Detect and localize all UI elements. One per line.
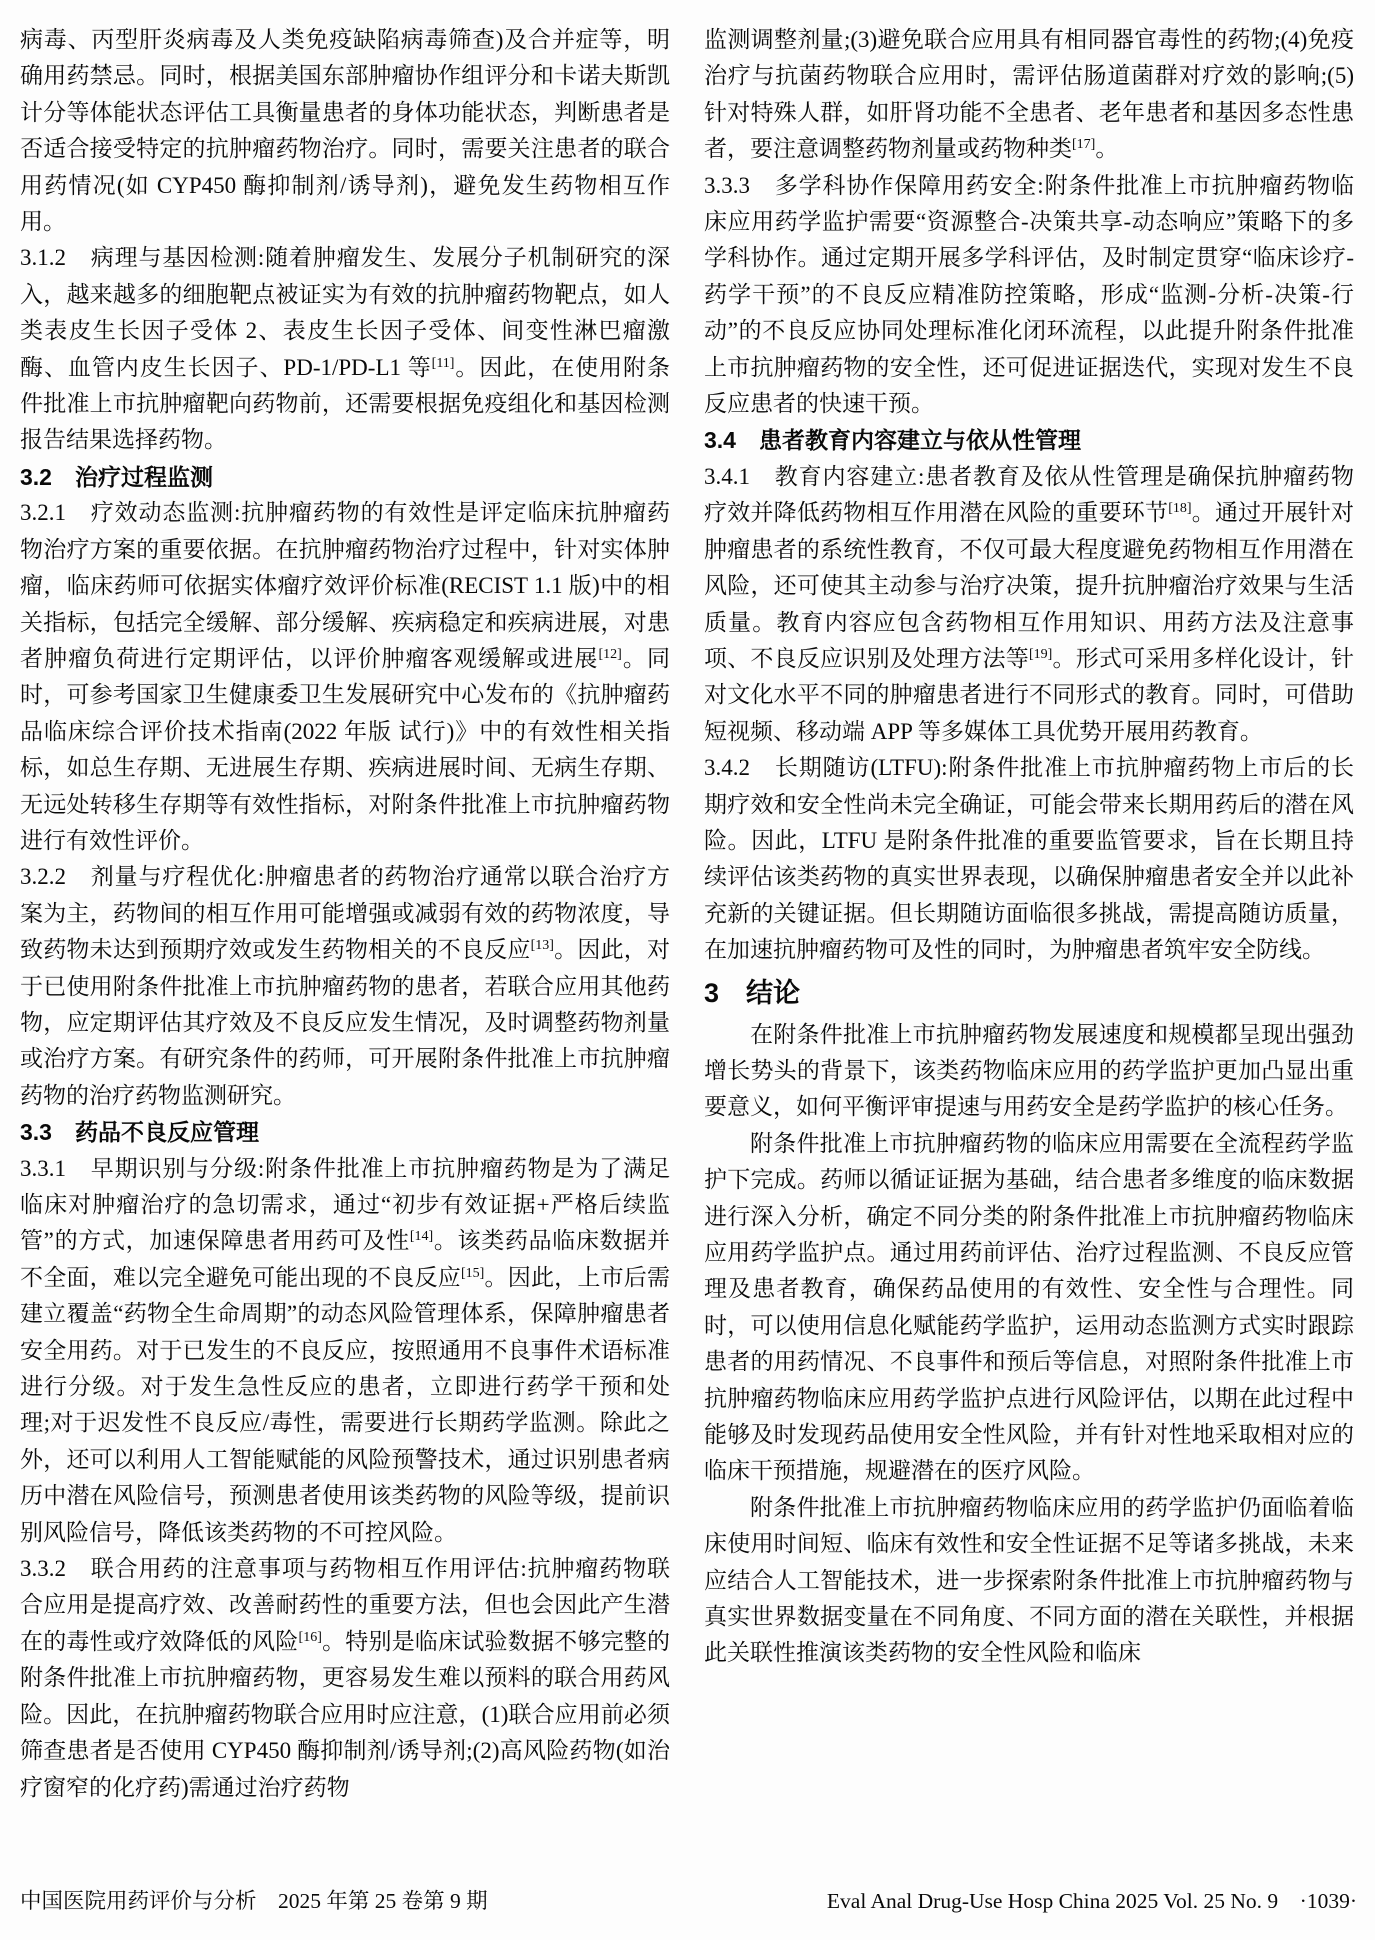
right-column: 监测调整剂量;(3)避免联合应用具有相同器官毒性的药物;(4)免疫治疗与抗菌药物… (704, 22, 1354, 1862)
two-column-layout: 病毒、丙型肝炎病毒及人类免疫缺陷病毒筛查)及合并症等，明确用药禁忌。同时，根据美… (20, 22, 1357, 1862)
paragraph: 在附条件批准上市抗肿瘤药物发展速度和规模都呈现出强劲增长势头的背景下，该类药物临… (704, 1017, 1354, 1126)
footer-journal-name-en-page-number: Eval Anal Drug-Use Hosp China 2025 Vol. … (827, 1888, 1357, 1914)
paragraph: 3.4.2 长期随访(LTFU):附条件批准上市抗肿瘤药物上市后的长期疗效和安全… (704, 750, 1354, 968)
section-heading: 3.2 治疗过程监测 (20, 459, 670, 495)
section-heading: 3.4 患者教育内容建立与依从性管理 (704, 422, 1354, 458)
paragraph: 附条件批准上市抗肿瘤药物临床应用的药学监护仍面临着临床使用时间短、临床有效性和安… (704, 1490, 1354, 1672)
left-column: 病毒、丙型肝炎病毒及人类免疫缺陷病毒筛查)及合并症等，明确用药禁忌。同时，根据美… (20, 22, 670, 1862)
section-heading: 3.3 药品不良反应管理 (20, 1114, 670, 1150)
paragraph: 3.1.2 病理与基因检测:随着肿瘤发生、发展分子机制研究的深入，越来越多的细胞… (20, 240, 670, 458)
paragraph: 3.3.3 多学科协作保障用药安全:附条件批准上市抗肿瘤药物临床应用药学监护需要… (704, 168, 1354, 423)
journal-page: 病毒、丙型肝炎病毒及人类免疫缺陷病毒筛查)及合并症等，明确用药禁忌。同时，根据美… (0, 0, 1375, 1940)
paragraph: 3.2.2 剂量与疗程优化:肿瘤患者的药物治疗通常以联合治疗方案为主，药物间的相… (20, 859, 670, 1114)
paragraph: 病毒、丙型肝炎病毒及人类免疫缺陷病毒筛查)及合并症等，明确用药禁忌。同时，根据美… (20, 22, 670, 240)
paragraph: 3.2.1 疗效动态监测:抗肿瘤药物的有效性是评定临床抗肿瘤药物治疗方案的重要依… (20, 495, 670, 859)
section-heading: 3 结论 (704, 969, 1354, 1017)
paragraph: 3.3.1 早期识别与分级:附条件批准上市抗肿瘤药物是为了满足临床对肿瘤治疗的急… (20, 1151, 670, 1551)
paragraph: 附条件批准上市抗肿瘤药物的临床应用需要在全流程药学监护下完成。药师以循证证据为基… (704, 1126, 1354, 1490)
paragraph: 3.3.2 联合用药的注意事项与药物相互作用评估:抗肿瘤药物联合应用是提高疗效、… (20, 1551, 670, 1806)
page-footer: 中国医院用药评价与分析 2025 年第 25 卷第 9 期 Eval Anal … (20, 1888, 1357, 1914)
footer-journal-name-cn: 中国医院用药评价与分析 2025 年第 25 卷第 9 期 (20, 1888, 488, 1914)
paragraph: 监测调整剂量;(3)避免联合应用具有相同器官毒性的药物;(4)免疫治疗与抗菌药物… (704, 22, 1354, 168)
paragraph: 3.4.1 教育内容建立:患者教育及依从性管理是确保抗肿瘤药物疗效并降低药物相互… (704, 459, 1354, 750)
